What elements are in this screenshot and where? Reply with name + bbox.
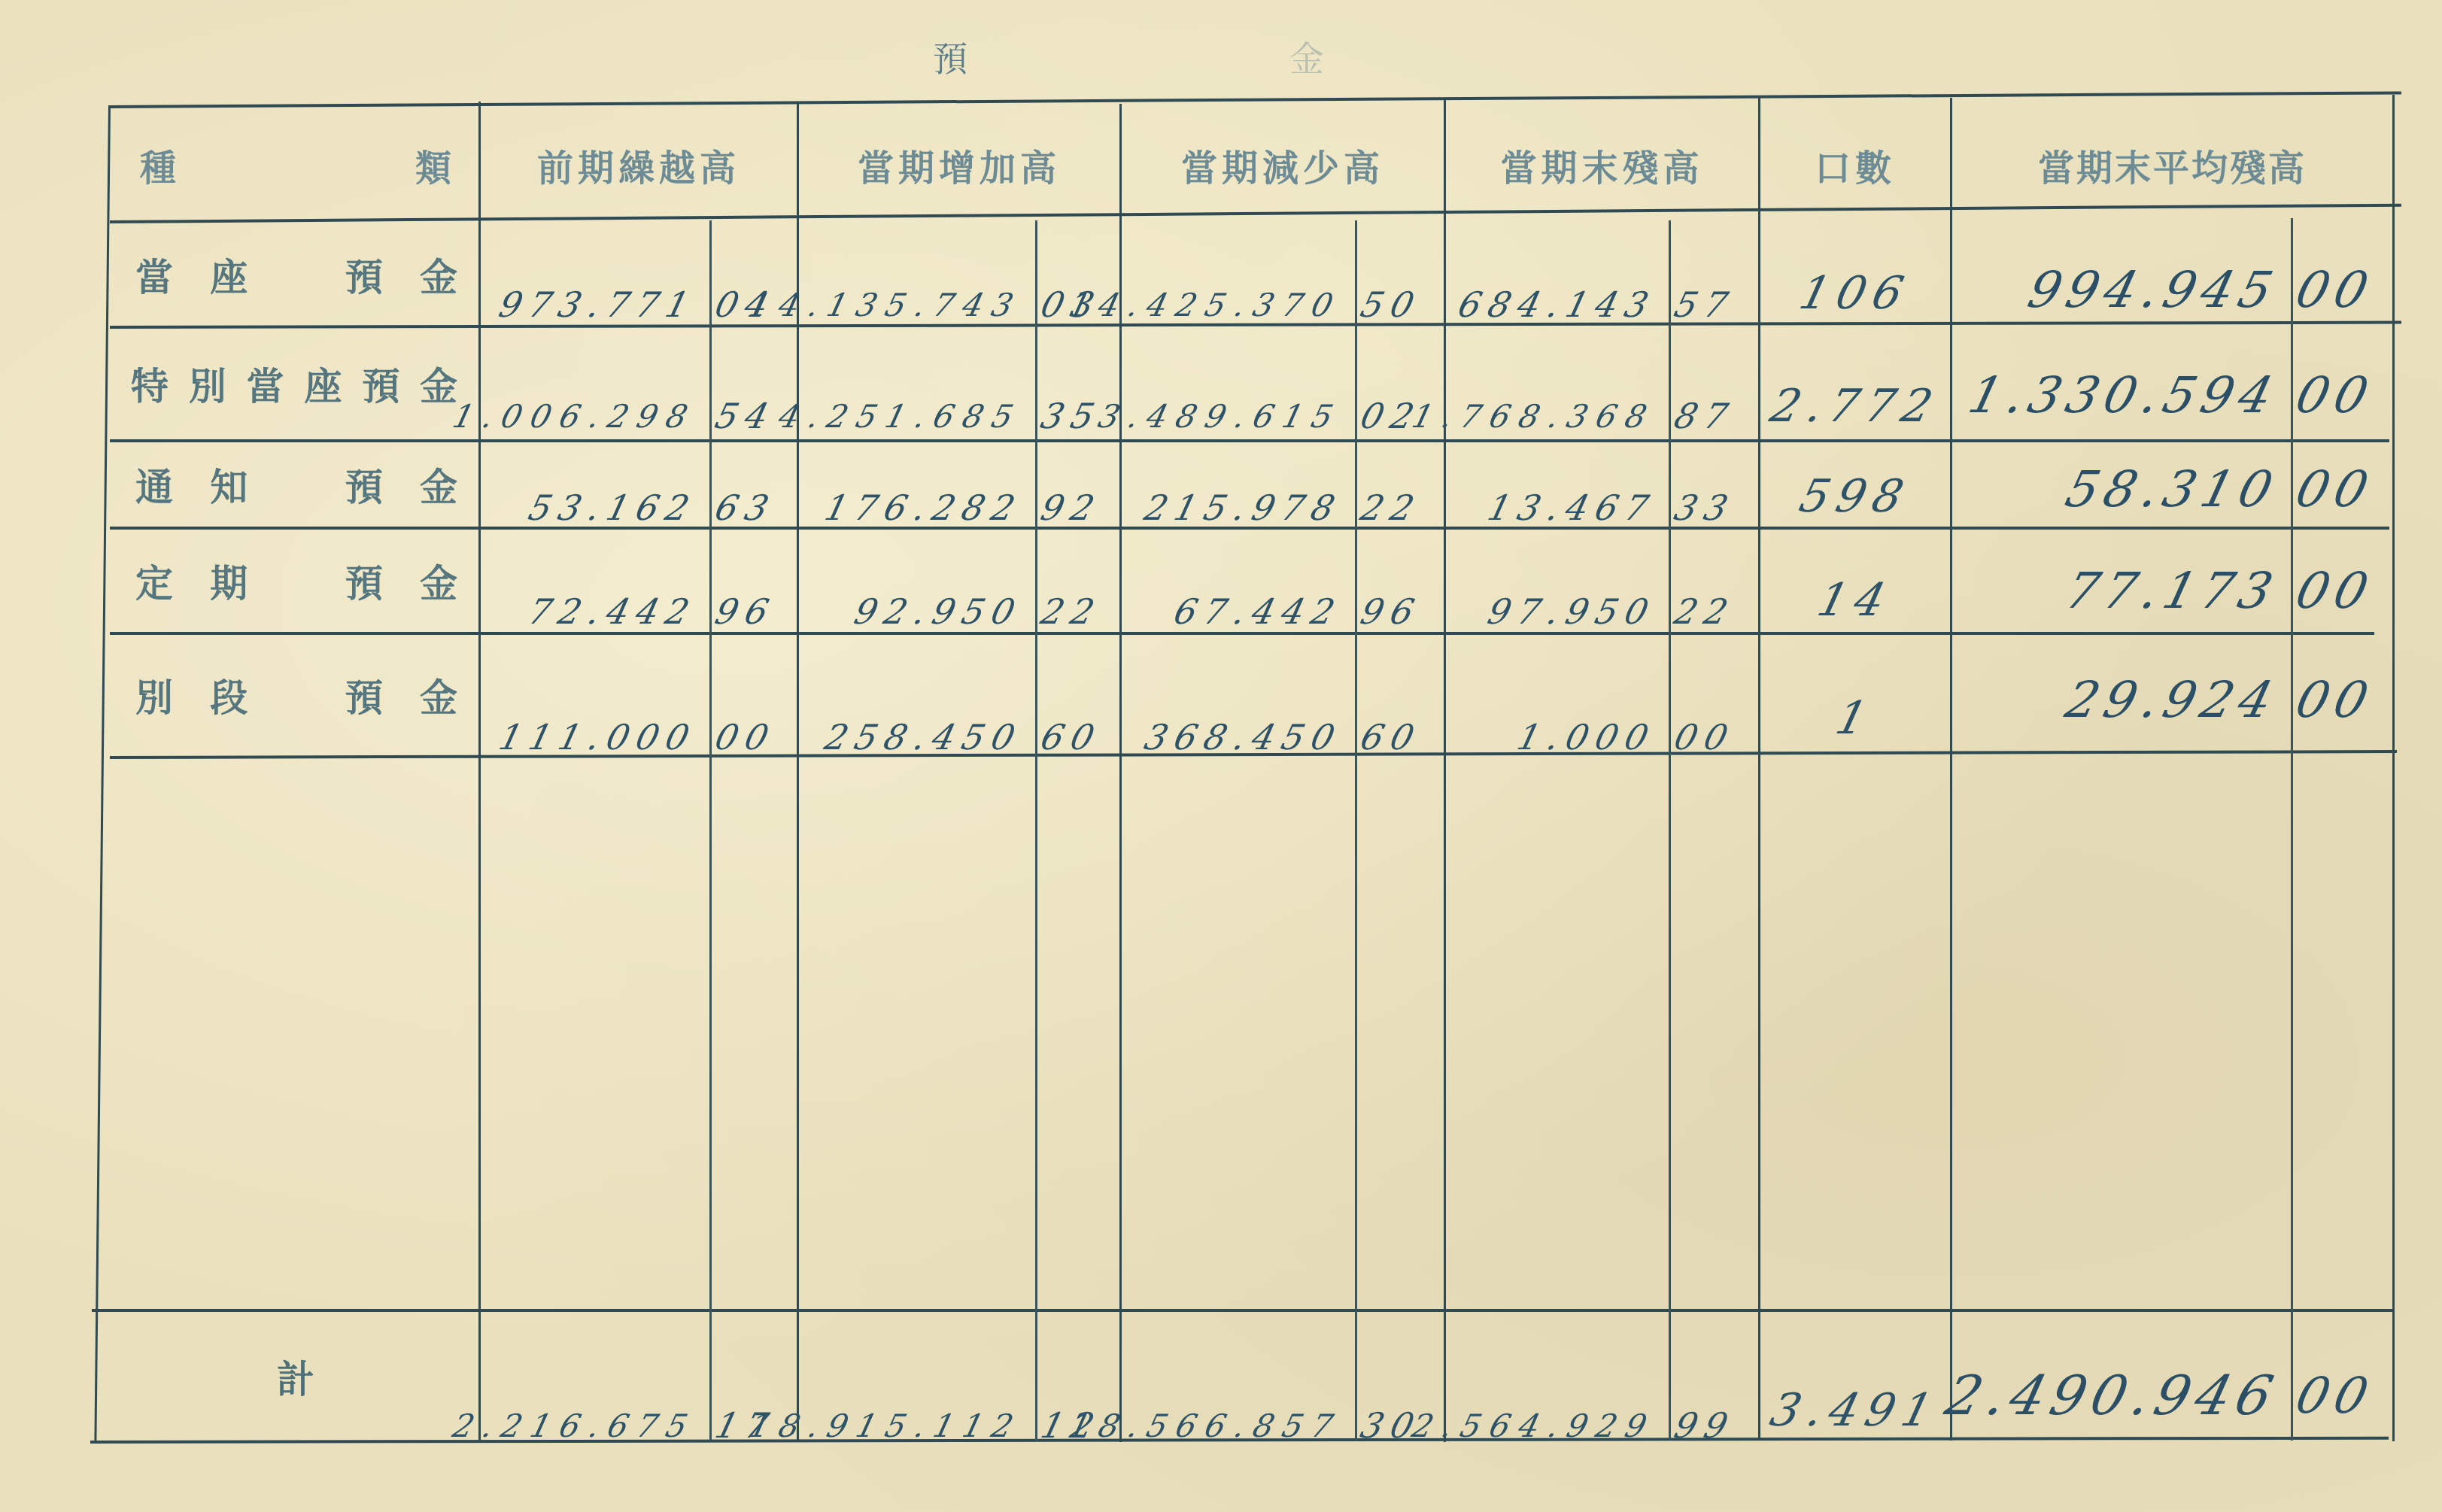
decrease-value: 3.489.615 xyxy=(1115,390,1361,442)
decrease-cents: 22 xyxy=(1350,481,1450,534)
accounts-value: 106 xyxy=(1753,263,1958,323)
label-char: 段 xyxy=(210,668,248,722)
accounts-value: 1 xyxy=(1753,688,1958,748)
total-label: 計 xyxy=(113,1312,478,1441)
header-current-decrease: 當期減少高 xyxy=(1122,109,1444,220)
decrease-cents: 60 xyxy=(1350,711,1450,764)
increase-value: 176.282 xyxy=(792,481,1041,534)
decrease-cents: 50 xyxy=(1350,278,1450,331)
increase-value: 14.135.743 xyxy=(792,278,1041,331)
row-label-fixed-deposit: 定 期 預 金 xyxy=(113,529,478,632)
label-char: 別 xyxy=(135,668,173,722)
decrease-value: 14.425.370 xyxy=(1115,278,1361,331)
label-char: 金 xyxy=(420,357,457,411)
decrease-value: 67.442 xyxy=(1115,585,1361,638)
label-char: 定 xyxy=(135,554,173,608)
label-char: 通 xyxy=(135,457,173,512)
end-balance-value: 1.768.368 xyxy=(1439,390,1675,442)
avg-balance-value: 994.945 xyxy=(1944,256,2299,323)
header-accounts: 口數 xyxy=(1760,109,1950,220)
end-balance-cents: 87 xyxy=(1664,390,1764,442)
avg-balance-value: 29.924 xyxy=(1944,666,2299,733)
header-current-increase: 當期增加高 xyxy=(799,109,1119,220)
title-char-1: 預 xyxy=(933,32,967,81)
total-avg-balance-cents: 00 xyxy=(2284,1358,2402,1433)
prev-carryover-value: 72.442 xyxy=(475,585,715,638)
avg-balance-cents: 00 xyxy=(2285,256,2401,323)
total-increase-value: 18.915.112 xyxy=(792,1399,1041,1452)
decrease-value: 368.450 xyxy=(1115,711,1361,764)
prev-carryover-cents: 96 xyxy=(705,585,803,638)
decrease-cents: 96 xyxy=(1350,585,1450,638)
header-category-char-1: 種 xyxy=(140,139,181,191)
prev-carryover-value: 53.162 xyxy=(475,481,715,534)
title-char-2: 金 xyxy=(1289,32,1324,81)
header-category-char-2: 類 xyxy=(415,139,456,191)
end-balance-value: 13.467 xyxy=(1439,481,1675,534)
table-right-border xyxy=(2392,95,2395,1441)
label-char: 知 xyxy=(210,457,248,512)
avg-balance-value: 58.310 xyxy=(1944,455,2299,523)
header-current-end-balance: 當期末殘高 xyxy=(1446,109,1758,220)
increase-value: 4.251.685 xyxy=(792,390,1041,442)
accounts-value: 598 xyxy=(1753,466,1958,527)
label-char: 金 xyxy=(420,247,457,302)
header-category: 種 類 xyxy=(113,109,478,220)
total-avg-balance-value: 2.490.946 xyxy=(1943,1358,2301,1433)
document-title: 預 金 xyxy=(933,30,1324,83)
row-label-special-current-account: 特 別 當 座 預 金 xyxy=(113,328,478,439)
prev-carryover-cents: 63 xyxy=(705,481,803,534)
total-decrease-value: 18.566.857 xyxy=(1115,1399,1361,1452)
end-balance-cents: 22 xyxy=(1664,585,1764,638)
increase-cents: 60 xyxy=(1031,711,1125,764)
label-char: 預 xyxy=(345,457,383,512)
prev-carryover-value: 111.000 xyxy=(475,711,715,764)
row-label-notice-deposit: 通 知 預 金 xyxy=(113,442,478,527)
label-char: 座 xyxy=(304,357,342,411)
header-current-avg-balance: 當期末平均殘高 xyxy=(1952,109,2392,220)
total-end-balance-cents: 99 xyxy=(1664,1399,1764,1452)
total-end-balance-value: 2.564.929 xyxy=(1439,1399,1675,1452)
label-char: 預 xyxy=(345,247,383,302)
prev-carryover-value: 1.006.298 xyxy=(475,390,715,442)
avg-balance-value: 1.330.594 xyxy=(1944,361,2299,429)
label-char: 座 xyxy=(210,247,248,302)
accounts-value: 14 xyxy=(1753,570,1958,630)
end-balance-cents: 33 xyxy=(1664,481,1764,534)
accounts-value: 2.772 xyxy=(1753,376,1958,436)
avg-balance-value: 77.173 xyxy=(1944,557,2299,624)
label-char: 金 xyxy=(420,668,457,722)
end-balance-cents: 57 xyxy=(1664,278,1764,331)
decrease-value: 215.978 xyxy=(1115,481,1361,534)
end-balance-cents: 00 xyxy=(1664,711,1764,764)
total-accounts-value: 3.491 xyxy=(1752,1377,1958,1444)
prev-carryover-cents: 00 xyxy=(705,711,803,764)
avg-balance-cents: 00 xyxy=(2285,557,2401,624)
table-top-border xyxy=(110,91,2401,108)
label-char: 特 xyxy=(131,357,169,411)
row-label-current-account: 當 座 預 金 xyxy=(113,223,478,326)
label-char: 預 xyxy=(362,357,399,411)
avg-balance-cents: 00 xyxy=(2285,666,2401,733)
increase-value: 258.450 xyxy=(792,711,1041,764)
col-divider-category xyxy=(478,102,481,1442)
end-balance-value: 684.143 xyxy=(1439,278,1675,331)
label-char: 金 xyxy=(420,457,457,512)
label-char: 當 xyxy=(135,247,173,302)
table-left-border xyxy=(94,105,111,1441)
increase-value: 92.950 xyxy=(792,585,1041,638)
header-prev-carryover: 前期繰越高 xyxy=(481,109,797,220)
label-char: 期 xyxy=(210,554,248,608)
prev-carryover-value: 973.771 xyxy=(475,278,715,331)
total-prev-carryover-value: 2.216.675 xyxy=(475,1399,715,1452)
label-char: 預 xyxy=(345,668,383,722)
end-balance-value: 1.000 xyxy=(1439,711,1675,764)
row-label-separate-deposit: 別 段 預 金 xyxy=(113,634,478,756)
end-balance-value: 97.950 xyxy=(1439,585,1675,638)
avg-balance-cents: 00 xyxy=(2285,455,2401,523)
avg-balance-cents: 00 xyxy=(2285,361,2401,429)
label-char: 別 xyxy=(189,357,226,411)
increase-cents: 92 xyxy=(1031,481,1125,534)
label-char: 當 xyxy=(247,357,284,411)
increase-cents: 22 xyxy=(1031,585,1125,638)
label-char: 預 xyxy=(345,554,383,608)
label-char: 金 xyxy=(420,554,457,608)
